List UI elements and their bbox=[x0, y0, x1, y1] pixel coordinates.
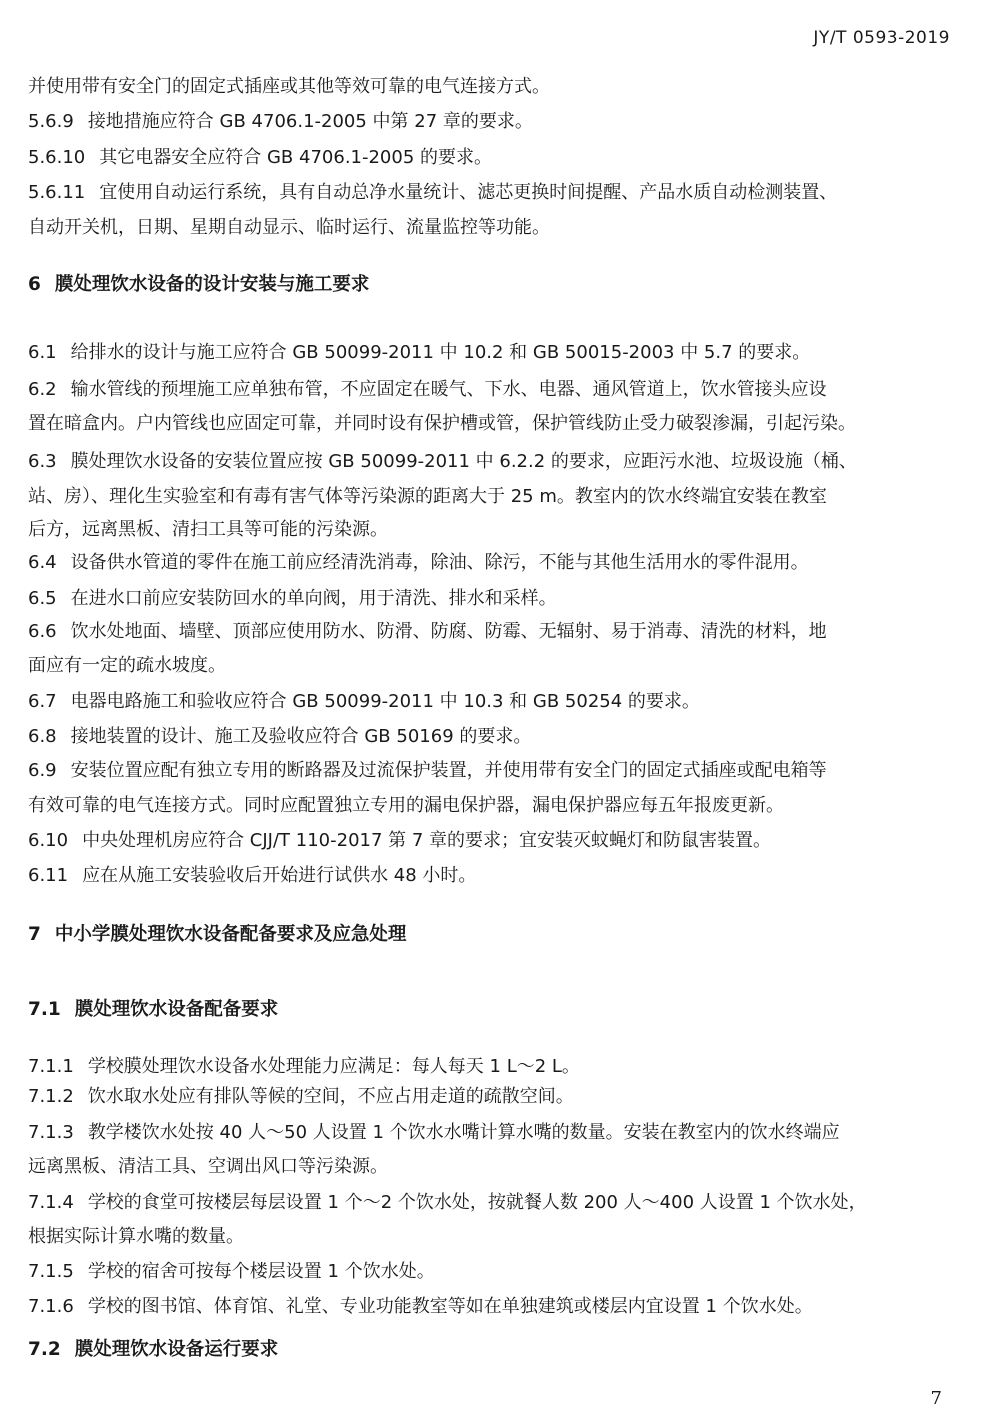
clause-number: 5.6.11 bbox=[28, 181, 85, 205]
clause-6-10: 6.10中央处理机房应符合 CJJ/T 110-2017 第 7 章的要求；宜安… bbox=[28, 829, 771, 853]
clause-number: 6.3 bbox=[28, 450, 57, 474]
subsection-number: 7.1 bbox=[28, 998, 61, 1022]
clause-number: 6.8 bbox=[28, 725, 57, 749]
clause-text: 学校膜处理饮水设备水处理能力应满足：每人每天 1 L～2 L。 bbox=[88, 1056, 580, 1077]
clause-7-1-1: 7.1.1学校膜处理饮水设备水处理能力应满足：每人每天 1 L～2 L。 bbox=[28, 1055, 580, 1079]
line-text: 并使用带有安全门的固定式插座或其他等效可靠的电气连接方式。 bbox=[28, 76, 550, 97]
paragraph-line: 有效可靠的电气连接方式。同时应配置独立专用的漏电保护器，漏电保护器应每五年报废更… bbox=[28, 794, 784, 818]
clause-number: 7.1.1 bbox=[28, 1055, 74, 1079]
paragraph-line: 根据实际计算水嘴的数量。 bbox=[28, 1225, 244, 1249]
clause-5-6-9: 5.6.9接地措施应符合 GB 4706.1-2005 中第 27 章的要求。 bbox=[28, 110, 533, 134]
clause-text: 饮水处地面、墙壁、顶部应使用防水、防滑、防腐、防霉、无辐射、易于消毒、清洗的材料… bbox=[71, 621, 827, 642]
clause-text: 安装位置应配有独立专用的断路器及过流保护装置，并使用带有安全门的固定式插座或配电… bbox=[71, 760, 827, 781]
clause-7-1-5: 7.1.5学校的宿舍可按每个楼层设置 1 个饮水处。 bbox=[28, 1260, 435, 1284]
clause-text: 教学楼饮水处按 40 人～50 人设置 1 个饮水水嘴计算水嘴的数量。安装在教室… bbox=[88, 1122, 840, 1143]
line-text: 后方，远离黑板、清扫工具等可能的污染源。 bbox=[28, 519, 388, 540]
clause-number: 7.1.3 bbox=[28, 1121, 74, 1145]
subsection-number: 7.2 bbox=[28, 1338, 61, 1362]
line-text: 有效可靠的电气连接方式。同时应配置独立专用的漏电保护器，漏电保护器应每五年报废更… bbox=[28, 795, 784, 816]
clause-5-6-10: 5.6.10其它电器安全应符合 GB 4706.1-2005 的要求。 bbox=[28, 146, 492, 170]
clause-6-5: 6.5在进水口前应安装防回水的单向阀，用于清洗、排水和采样。 bbox=[28, 587, 557, 611]
clause-number: 6.2 bbox=[28, 378, 57, 402]
clause-6-4: 6.4设备供水管道的零件在施工前应经清洗消毒，除油、除污，不能与其他生活用水的零… bbox=[28, 551, 809, 575]
clause-6-3: 6.3膜处理饮水设备的安装位置应按 GB 50099-2011 中 6.2.2 … bbox=[28, 450, 857, 474]
clause-7-1-4: 7.1.4学校的食堂可按楼层每层设置 1 个～2 个饮水处，按就餐人数 200 … bbox=[28, 1191, 867, 1215]
section-title: 膜处理饮水设备的设计安装与施工要求 bbox=[55, 274, 370, 295]
line-text: 根据实际计算水嘴的数量。 bbox=[28, 1226, 244, 1247]
clause-number: 7.1.5 bbox=[28, 1260, 74, 1284]
clause-text: 学校的食堂可按楼层每层设置 1 个～2 个饮水处，按就餐人数 200 人～400… bbox=[88, 1192, 867, 1213]
clause-5-6-11: 5.6.11宜使用自动运行系统，具有自动总净水量统计、滤芯更换时间提醒、产品水质… bbox=[28, 181, 837, 205]
clause-7-1-6: 7.1.6学校的图书馆、体育馆、礼堂、专业功能教室等如在单独建筑或楼层内宜设置 … bbox=[28, 1295, 813, 1319]
clause-text: 接地措施应符合 GB 4706.1-2005 中第 27 章的要求。 bbox=[88, 111, 533, 132]
clause-number: 6.11 bbox=[28, 864, 68, 888]
paragraph-line: 后方，远离黑板、清扫工具等可能的污染源。 bbox=[28, 518, 388, 542]
clause-6-11: 6.11应在从施工安装验收后开始进行试供水 48 小时。 bbox=[28, 864, 476, 888]
clause-7-1-3: 7.1.3教学楼饮水处按 40 人～50 人设置 1 个饮水水嘴计算水嘴的数量。… bbox=[28, 1121, 840, 1145]
clause-text: 中央处理机房应符合 CJJ/T 110-2017 第 7 章的要求；宜安装灭蚊蝇… bbox=[82, 830, 771, 851]
clause-text: 饮水取水处应有排队等候的空间，不应占用走道的疏散空间。 bbox=[88, 1086, 574, 1107]
paragraph-line: 远离黑板、清洁工具、空调出风口等污染源。 bbox=[28, 1155, 388, 1179]
clause-text: 其它电器安全应符合 GB 4706.1-2005 的要求。 bbox=[99, 147, 492, 168]
clause-number: 6.10 bbox=[28, 829, 68, 853]
paragraph-line: 站、房）、理化生实验室和有毒有害气体等污染源的距离大于 25 m。教室内的饮水终… bbox=[28, 485, 827, 509]
clause-text: 学校的图书馆、体育馆、礼堂、专业功能教室等如在单独建筑或楼层内宜设置 1 个饮水… bbox=[88, 1296, 813, 1317]
page-number: 7 bbox=[931, 1388, 942, 1409]
clause-6-2: 6.2输水管线的预埋施工应单独布管，不应固定在暖气、下水、电器、通风管道上，饮水… bbox=[28, 378, 827, 402]
clause-number: 5.6.10 bbox=[28, 146, 85, 170]
subsection-title: 膜处理饮水设备运行要求 bbox=[75, 1339, 279, 1360]
clause-number: 7.1.4 bbox=[28, 1191, 74, 1215]
clause-number: 6.7 bbox=[28, 690, 57, 714]
clause-text: 给排水的设计与施工应符合 GB 50099-2011 中 10.2 和 GB 5… bbox=[71, 342, 811, 363]
clause-text: 接地装置的设计、施工及验收应符合 GB 50169 的要求。 bbox=[71, 726, 532, 747]
clause-6-9: 6.9安装位置应配有独立专用的断路器及过流保护装置，并使用带有安全门的固定式插座… bbox=[28, 759, 827, 783]
line-text: 置在暗盒内。户内管线也应固定可靠，并同时设有保护槽或管，保护管线防止受力破裂渗漏… bbox=[28, 413, 856, 434]
clause-text: 在进水口前应安装防回水的单向阀，用于清洗、排水和采样。 bbox=[71, 588, 557, 609]
clause-number: 6.1 bbox=[28, 341, 57, 365]
clause-text: 宜使用自动运行系统，具有自动总净水量统计、滤芯更换时间提醒、产品水质自动检测装置… bbox=[99, 182, 837, 203]
document-code-header: JY/T 0593-2019 bbox=[813, 28, 950, 48]
paragraph-line: 置在暗盒内。户内管线也应固定可靠，并同时设有保护槽或管，保护管线防止受力破裂渗漏… bbox=[28, 412, 856, 436]
paragraph-line: 自动开关机，日期、星期自动显示、临时运行、流量监控等功能。 bbox=[28, 216, 550, 240]
clause-text: 膜处理饮水设备的安装位置应按 GB 50099-2011 中 6.2.2 的要求… bbox=[71, 451, 857, 472]
clause-number: 6.6 bbox=[28, 620, 57, 644]
clause-number: 5.6.9 bbox=[28, 110, 74, 134]
line-text: 站、房）、理化生实验室和有毒有害气体等污染源的距离大于 25 m。教室内的饮水终… bbox=[28, 486, 827, 507]
subsection-heading-7-2: 7.2膜处理饮水设备运行要求 bbox=[28, 1338, 278, 1362]
section-title: 中小学膜处理饮水设备配备要求及应急处理 bbox=[55, 924, 407, 945]
line-text: 自动开关机，日期、星期自动显示、临时运行、流量监控等功能。 bbox=[28, 217, 550, 238]
line-text: 远离黑板、清洁工具、空调出风口等污染源。 bbox=[28, 1156, 388, 1177]
clause-number: 7.1.6 bbox=[28, 1295, 74, 1319]
clause-6-6: 6.6饮水处地面、墙壁、顶部应使用防水、防滑、防腐、防霉、无辐射、易于消毒、清洗… bbox=[28, 620, 827, 644]
subsection-title: 膜处理饮水设备配备要求 bbox=[75, 999, 279, 1020]
clause-6-1: 6.1给排水的设计与施工应符合 GB 50099-2011 中 10.2 和 G… bbox=[28, 341, 810, 365]
clause-6-8: 6.8接地装置的设计、施工及验收应符合 GB 50169 的要求。 bbox=[28, 725, 531, 749]
clause-number: 6.9 bbox=[28, 759, 57, 783]
clause-text: 输水管线的预埋施工应单独布管，不应固定在暖气、下水、电器、通风管道上，饮水管接头… bbox=[71, 379, 827, 400]
clause-number: 6.4 bbox=[28, 551, 57, 575]
clause-text: 应在从施工安装验收后开始进行试供水 48 小时。 bbox=[82, 865, 476, 886]
section-number: 7 bbox=[28, 923, 41, 947]
line-text: 面应有一定的疏水坡度。 bbox=[28, 655, 226, 676]
section-heading-6: 6膜处理饮水设备的设计安装与施工要求 bbox=[28, 273, 369, 297]
clause-number: 6.5 bbox=[28, 587, 57, 611]
paragraph-line: 并使用带有安全门的固定式插座或其他等效可靠的电气连接方式。 bbox=[28, 75, 550, 99]
clause-6-7: 6.7电器电路施工和验收应符合 GB 50099-2011 中 10.3 和 G… bbox=[28, 690, 700, 714]
section-number: 6 bbox=[28, 273, 41, 297]
clause-7-1-2: 7.1.2饮水取水处应有排队等候的空间，不应占用走道的疏散空间。 bbox=[28, 1085, 574, 1109]
clause-text: 学校的宿舍可按每个楼层设置 1 个饮水处。 bbox=[88, 1261, 435, 1282]
paragraph-line: 面应有一定的疏水坡度。 bbox=[28, 654, 226, 678]
section-heading-7: 7中小学膜处理饮水设备配备要求及应急处理 bbox=[28, 923, 406, 947]
clause-text: 电器电路施工和验收应符合 GB 50099-2011 中 10.3 和 GB 5… bbox=[71, 691, 700, 712]
clause-number: 7.1.2 bbox=[28, 1085, 74, 1109]
clause-text: 设备供水管道的零件在施工前应经清洗消毒，除油、除污，不能与其他生活用水的零件混用… bbox=[71, 552, 809, 573]
subsection-heading-7-1: 7.1膜处理饮水设备配备要求 bbox=[28, 998, 278, 1022]
